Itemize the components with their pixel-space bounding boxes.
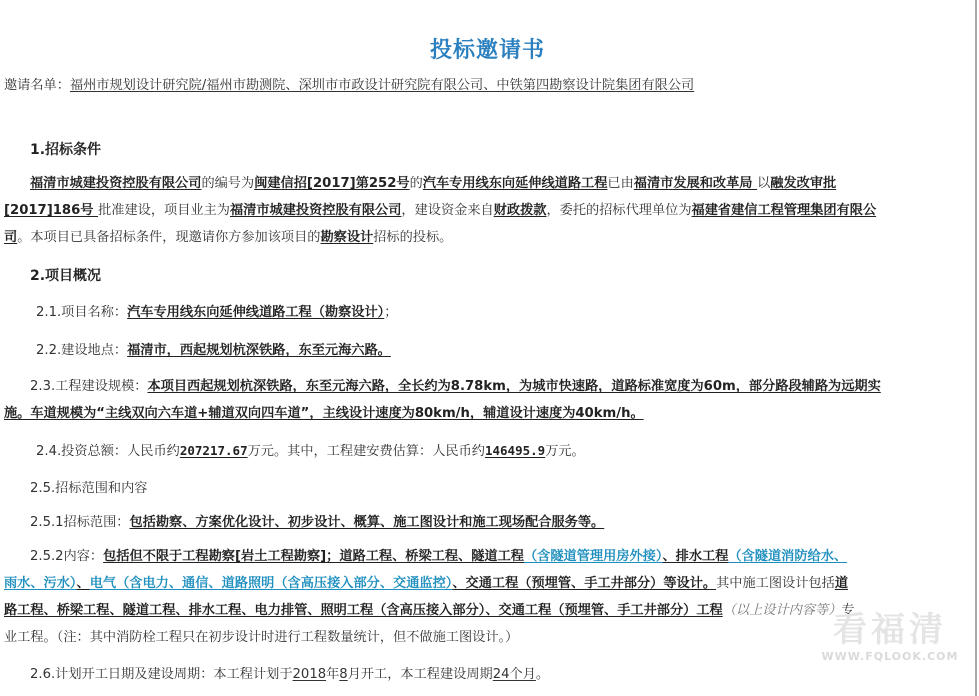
text: 月开工，本工程建设周期 bbox=[348, 667, 493, 682]
section1-para-line2: [2017]186号 批准建设，项目业主为福清市城建投资控股有限公司，建设资金来… bbox=[4, 202, 876, 220]
item-2-5-2-line2: 雨水、污水）、电气（含电力、通信、道路照明（含高压接入部分、交通监控）、交通工程… bbox=[4, 575, 848, 593]
item-label: 2.5.2内容： bbox=[30, 549, 103, 564]
text: 万元。 bbox=[545, 444, 585, 459]
text: ，委托的招标代理单位为 bbox=[546, 203, 691, 218]
content-text: 包括但不限于工程勘察[岩土工程勘察]；道路工程、桥梁工程、隧道工程 bbox=[103, 549, 524, 564]
scale-value-b: 施。车道规模为“主线双向六车道+辅道双向四车道”，主线设计速度为80km/h，辅… bbox=[4, 406, 644, 421]
text: 以 bbox=[757, 176, 770, 191]
text: ，建设资金来自 bbox=[401, 203, 493, 218]
construction-period: 24个月 bbox=[493, 667, 536, 682]
item-label: 2.1.项目名称： bbox=[36, 305, 127, 320]
project-name: 汽车专用线东向延伸线道路工程 bbox=[423, 176, 608, 191]
project-name-value: 汽车专用线东向延伸线道路工程（勘察设计） bbox=[127, 305, 384, 320]
document-title: 投标邀请书 bbox=[0, 33, 975, 64]
section2-heading: 2.项目概况 bbox=[30, 267, 101, 285]
text: 年 bbox=[326, 667, 339, 682]
watermark-url: WWW.FQLOOK.COM bbox=[815, 650, 965, 664]
item-label: 2.4.投资总额：人民币约 bbox=[36, 444, 180, 459]
location-value: 福清市，西起规划杭深铁路，东至元海六路。 bbox=[127, 343, 391, 358]
owner-name: 福清市城建投资控股有限公司 bbox=[30, 176, 201, 191]
text: ； bbox=[384, 305, 397, 320]
text: 已由 bbox=[607, 176, 633, 191]
item-2-5-heading: 2.5.招标范围和内容 bbox=[30, 480, 147, 498]
content-text: 道 bbox=[835, 576, 848, 591]
tender-agent-a: 福建省建信工程管理集团有限公 bbox=[692, 203, 877, 218]
tender-agent-b: 司 bbox=[4, 230, 17, 245]
content-text: 、排水工程 bbox=[662, 549, 728, 564]
document-page: 投标邀请书 邀请名单：福州市规划设计研究院/福州市勘测院、深圳市市政设计研究院有… bbox=[0, 0, 975, 696]
item-2-4: 2.4.投资总额：人民币约207217.67万元。其中，工程建安费估算：人民币约… bbox=[36, 442, 585, 461]
scale-value-a: 本项目西起规划杭深铁路，东至元海六路，全长约为8.78km，为城市快速路，道路标… bbox=[147, 379, 880, 394]
approval-authority: 福清市发展和改革局 bbox=[634, 176, 757, 191]
watermark-logo-text: 看福清 bbox=[815, 610, 965, 650]
start-year: 2018 bbox=[293, 667, 327, 682]
text: 招标的投标。 bbox=[373, 230, 452, 245]
text: 的编号为 bbox=[201, 176, 254, 191]
section1-para-line3: 司。本项目已具备招标条件，现邀请你方参加该项目的勘察设计招标的投标。 bbox=[4, 229, 452, 247]
owner-name-2: 福清市城建投资控股有限公司 bbox=[230, 203, 401, 218]
item-2-6: 2.6.计划开工日期及建设周期：本工程计划于2018年8月开工，本工程建设周期2… bbox=[30, 666, 549, 684]
approval-number-b: [2017]186号 bbox=[4, 203, 98, 218]
item-2-3-line1: 2.3.工程建设规模：本项目西起规划杭深铁路，东至元海六路，全长约为8.78km… bbox=[30, 378, 881, 396]
item-label: 2.3.工程建设规模： bbox=[30, 379, 147, 394]
investment-total: 207217.67 bbox=[180, 443, 248, 458]
item-label: 2.2.建设地点： bbox=[36, 343, 127, 358]
item-2-3-line2: 施。车道规模为“主线双向六车道+辅道双向四车道”，主线设计速度为80km/h，辅… bbox=[4, 405, 644, 423]
content-highlight: （含隧道管理用房外接） bbox=[524, 549, 662, 564]
section1-para-line1: 福清市城建投资控股有限公司的编号为闽建信招[2017]第252号的汽车专用线东向… bbox=[30, 175, 836, 193]
funding-source: 财政拨款 bbox=[494, 203, 547, 218]
tender-scope-value: 包括勘察、方案优化设计、初步设计、概算、施工图设计和施工现场配合服务等。 bbox=[130, 515, 605, 530]
content-highlight: 电气（含电力、通信、道路照明（含高压接入部分、交通监控） bbox=[90, 576, 453, 591]
text: 。本项目已具备招标条件，现邀请你方参加该项目的 bbox=[17, 230, 320, 245]
tender-scope: 勘察设计 bbox=[321, 230, 374, 245]
item-2-5-2-line1: 2.5.2内容：包括但不限于工程勘察[岩土工程勘察]；道路工程、桥梁工程、隧道工… bbox=[30, 548, 847, 566]
item-label: 2.5.1招标范围： bbox=[30, 515, 130, 530]
approval-number-a: 融发改审批 bbox=[770, 176, 836, 191]
item-2-5-2-line3: 路工程、桥梁工程、隧道工程、排水工程、电力排管、照明工程（含高压接入部分）、交通… bbox=[4, 602, 855, 620]
invitee-list: 福州市规划设计研究院/福州市勘测院、深圳市市政设计研究院有限公司、中铁第四勘察设… bbox=[70, 78, 694, 93]
invitee-label: 邀请名单： bbox=[4, 78, 70, 93]
item-2-2: 2.2.建设地点：福清市，西起规划杭深铁路，东至元海六路。 bbox=[36, 342, 391, 360]
construction-cost: 146495.9 bbox=[485, 443, 545, 458]
item-2-1: 2.1.项目名称：汽车专用线东向延伸线道路工程（勘察设计）； bbox=[36, 304, 397, 322]
item-2-5-2-line4: 业工程。（注：其中消防栓工程只在初步设计时进行工程数量统计，但不做施工图设计。） bbox=[4, 629, 518, 647]
site-watermark: 看福清 WWW.FQLOOK.COM bbox=[815, 610, 965, 664]
content-text: 、 bbox=[77, 576, 90, 591]
content-text: 、交通工程（预埋管、手工井部分）等设计。 bbox=[452, 576, 716, 591]
text: 其中施工图设计包括 bbox=[716, 576, 835, 591]
content-highlight: 雨水、污水） bbox=[4, 576, 77, 591]
content-highlight: （含隧道消防给水、 bbox=[728, 549, 847, 564]
content-text: 路工程、桥梁工程、隧道工程、排水工程、电力排管、照明工程（含高压接入部分）、交通… bbox=[4, 603, 723, 618]
text: 万元。其中，工程建安费估算：人民币约 bbox=[248, 444, 485, 459]
tender-code: 闽建信招[2017]第252号 bbox=[254, 176, 409, 191]
start-month: 8 bbox=[339, 667, 347, 682]
text: 的 bbox=[410, 176, 423, 191]
item-2-5-1: 2.5.1招标范围：包括勘察、方案优化设计、初步设计、概算、施工图设计和施工现场… bbox=[30, 514, 604, 532]
text: 。 bbox=[536, 667, 549, 682]
item-label: 2.6.计划开工日期及建设周期：本工程计划于 bbox=[30, 667, 293, 682]
page-right-border bbox=[975, 0, 977, 696]
section1-heading: 1.招标条件 bbox=[30, 141, 101, 159]
invitee-line: 邀请名单：福州市规划设计研究院/福州市勘测院、深圳市市政设计研究院有限公司、中铁… bbox=[4, 77, 694, 95]
text: 批准建设，项目业主为 bbox=[98, 203, 230, 218]
